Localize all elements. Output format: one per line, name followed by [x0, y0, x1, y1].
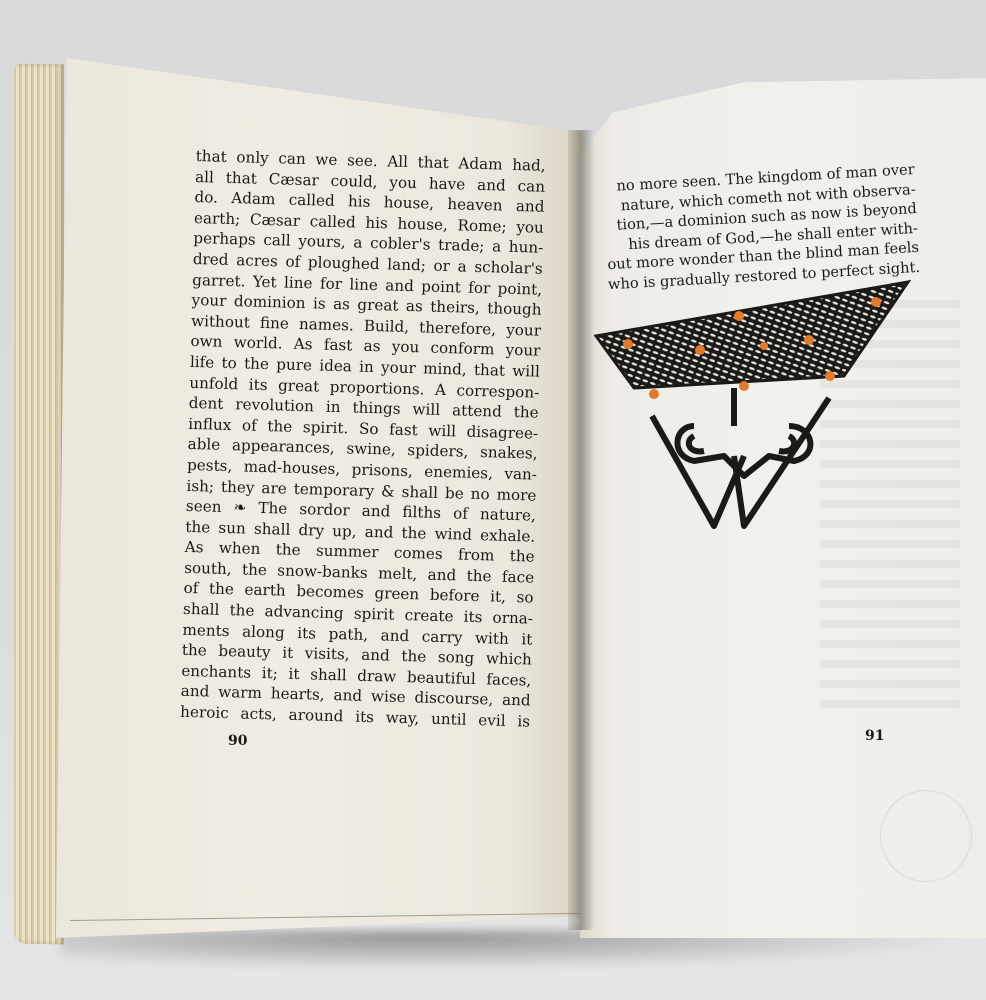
tree-canopy — [596, 282, 908, 388]
page-edges — [14, 64, 64, 945]
show-through-watermark — [880, 790, 972, 882]
knotwork-trunk — [652, 388, 829, 526]
right-page-text: no more seen. The kingdom of man over na… — [594, 160, 920, 295]
page-number-left: 90 — [228, 733, 247, 749]
book-gutter — [568, 130, 594, 930]
page-number-right: 91 — [865, 728, 884, 744]
tree-woodcut-illustration — [594, 276, 914, 534]
left-page-text: that only can we see. All that Adam had,… — [180, 146, 546, 732]
